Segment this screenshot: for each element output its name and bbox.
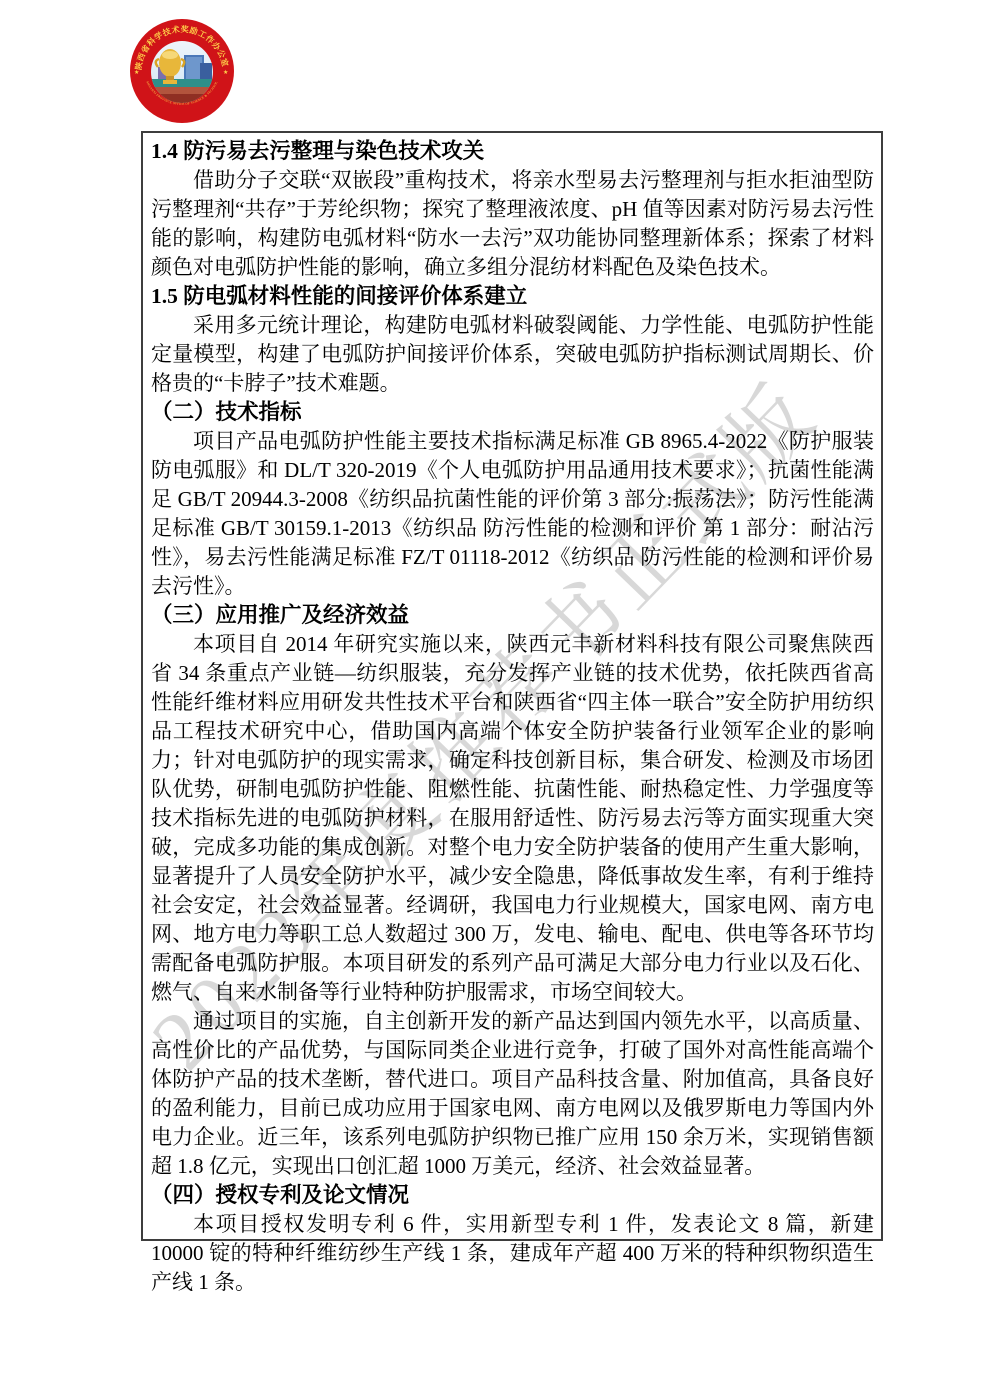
section-application-paragraph-2: 通过项目的实施，自主创新开发的新产品达到国内领先水平，以高质量、高性价比的产品优… [151, 1007, 874, 1181]
section-patents-paragraph: 本项目授权发明专利 6 件，实用新型专利 1 件，发表论文 8 篇，新建 100… [151, 1210, 874, 1297]
page: { "logo": { "ring_text_top": "陕西省科学技术奖励工… [0, 0, 990, 1399]
seal-right-star-icon: ★ [223, 69, 228, 76]
section-1-5-paragraph: 采用多元统计理论，构建防电弧材料破裂阈能、力学性能、电弧防护性能定量模型，构建了… [151, 311, 874, 398]
seal-left-star-icon: ★ [134, 69, 139, 76]
section-heading-application-benefit: （三）应用推广及经济效益 [151, 601, 874, 630]
section-heading-patents-papers: （四）授权专利及论文情况 [151, 1181, 874, 1210]
seal-logo: 陕西省科学技术奖励工作办公室 SHAANXI PROVINCE OFFICE O… [128, 17, 236, 125]
section-1-4-paragraph: 借助分子交联“双嵌段”重构技术，将亲水型易去污整理剂与拒水拒油型防污整理剂“共存… [151, 166, 874, 282]
section-heading-tech-indicators: （二）技术指标 [151, 398, 874, 427]
seal-center-image [151, 41, 213, 103]
section-application-paragraph-1: 本项目自 2014 年研究实施以来，陕西元丰新材料科技有限公司聚焦陕西省 34 … [151, 630, 874, 1007]
section-heading-1-4: 1.4 防污易去污整理与染色技术攻关 [151, 137, 874, 166]
section-tech-indicators-paragraph: 项目产品电弧防护性能主要技术指标满足标准 GB 8965.4-2022《防护服装… [151, 427, 874, 601]
document-frame: 1.4 防污易去污整理与染色技术攻关 借助分子交联“双嵌段”重构技术，将亲水型易… [141, 131, 883, 1241]
section-heading-1-5: 1.5 防电弧材料性能的间接评价体系建立 [151, 282, 874, 311]
